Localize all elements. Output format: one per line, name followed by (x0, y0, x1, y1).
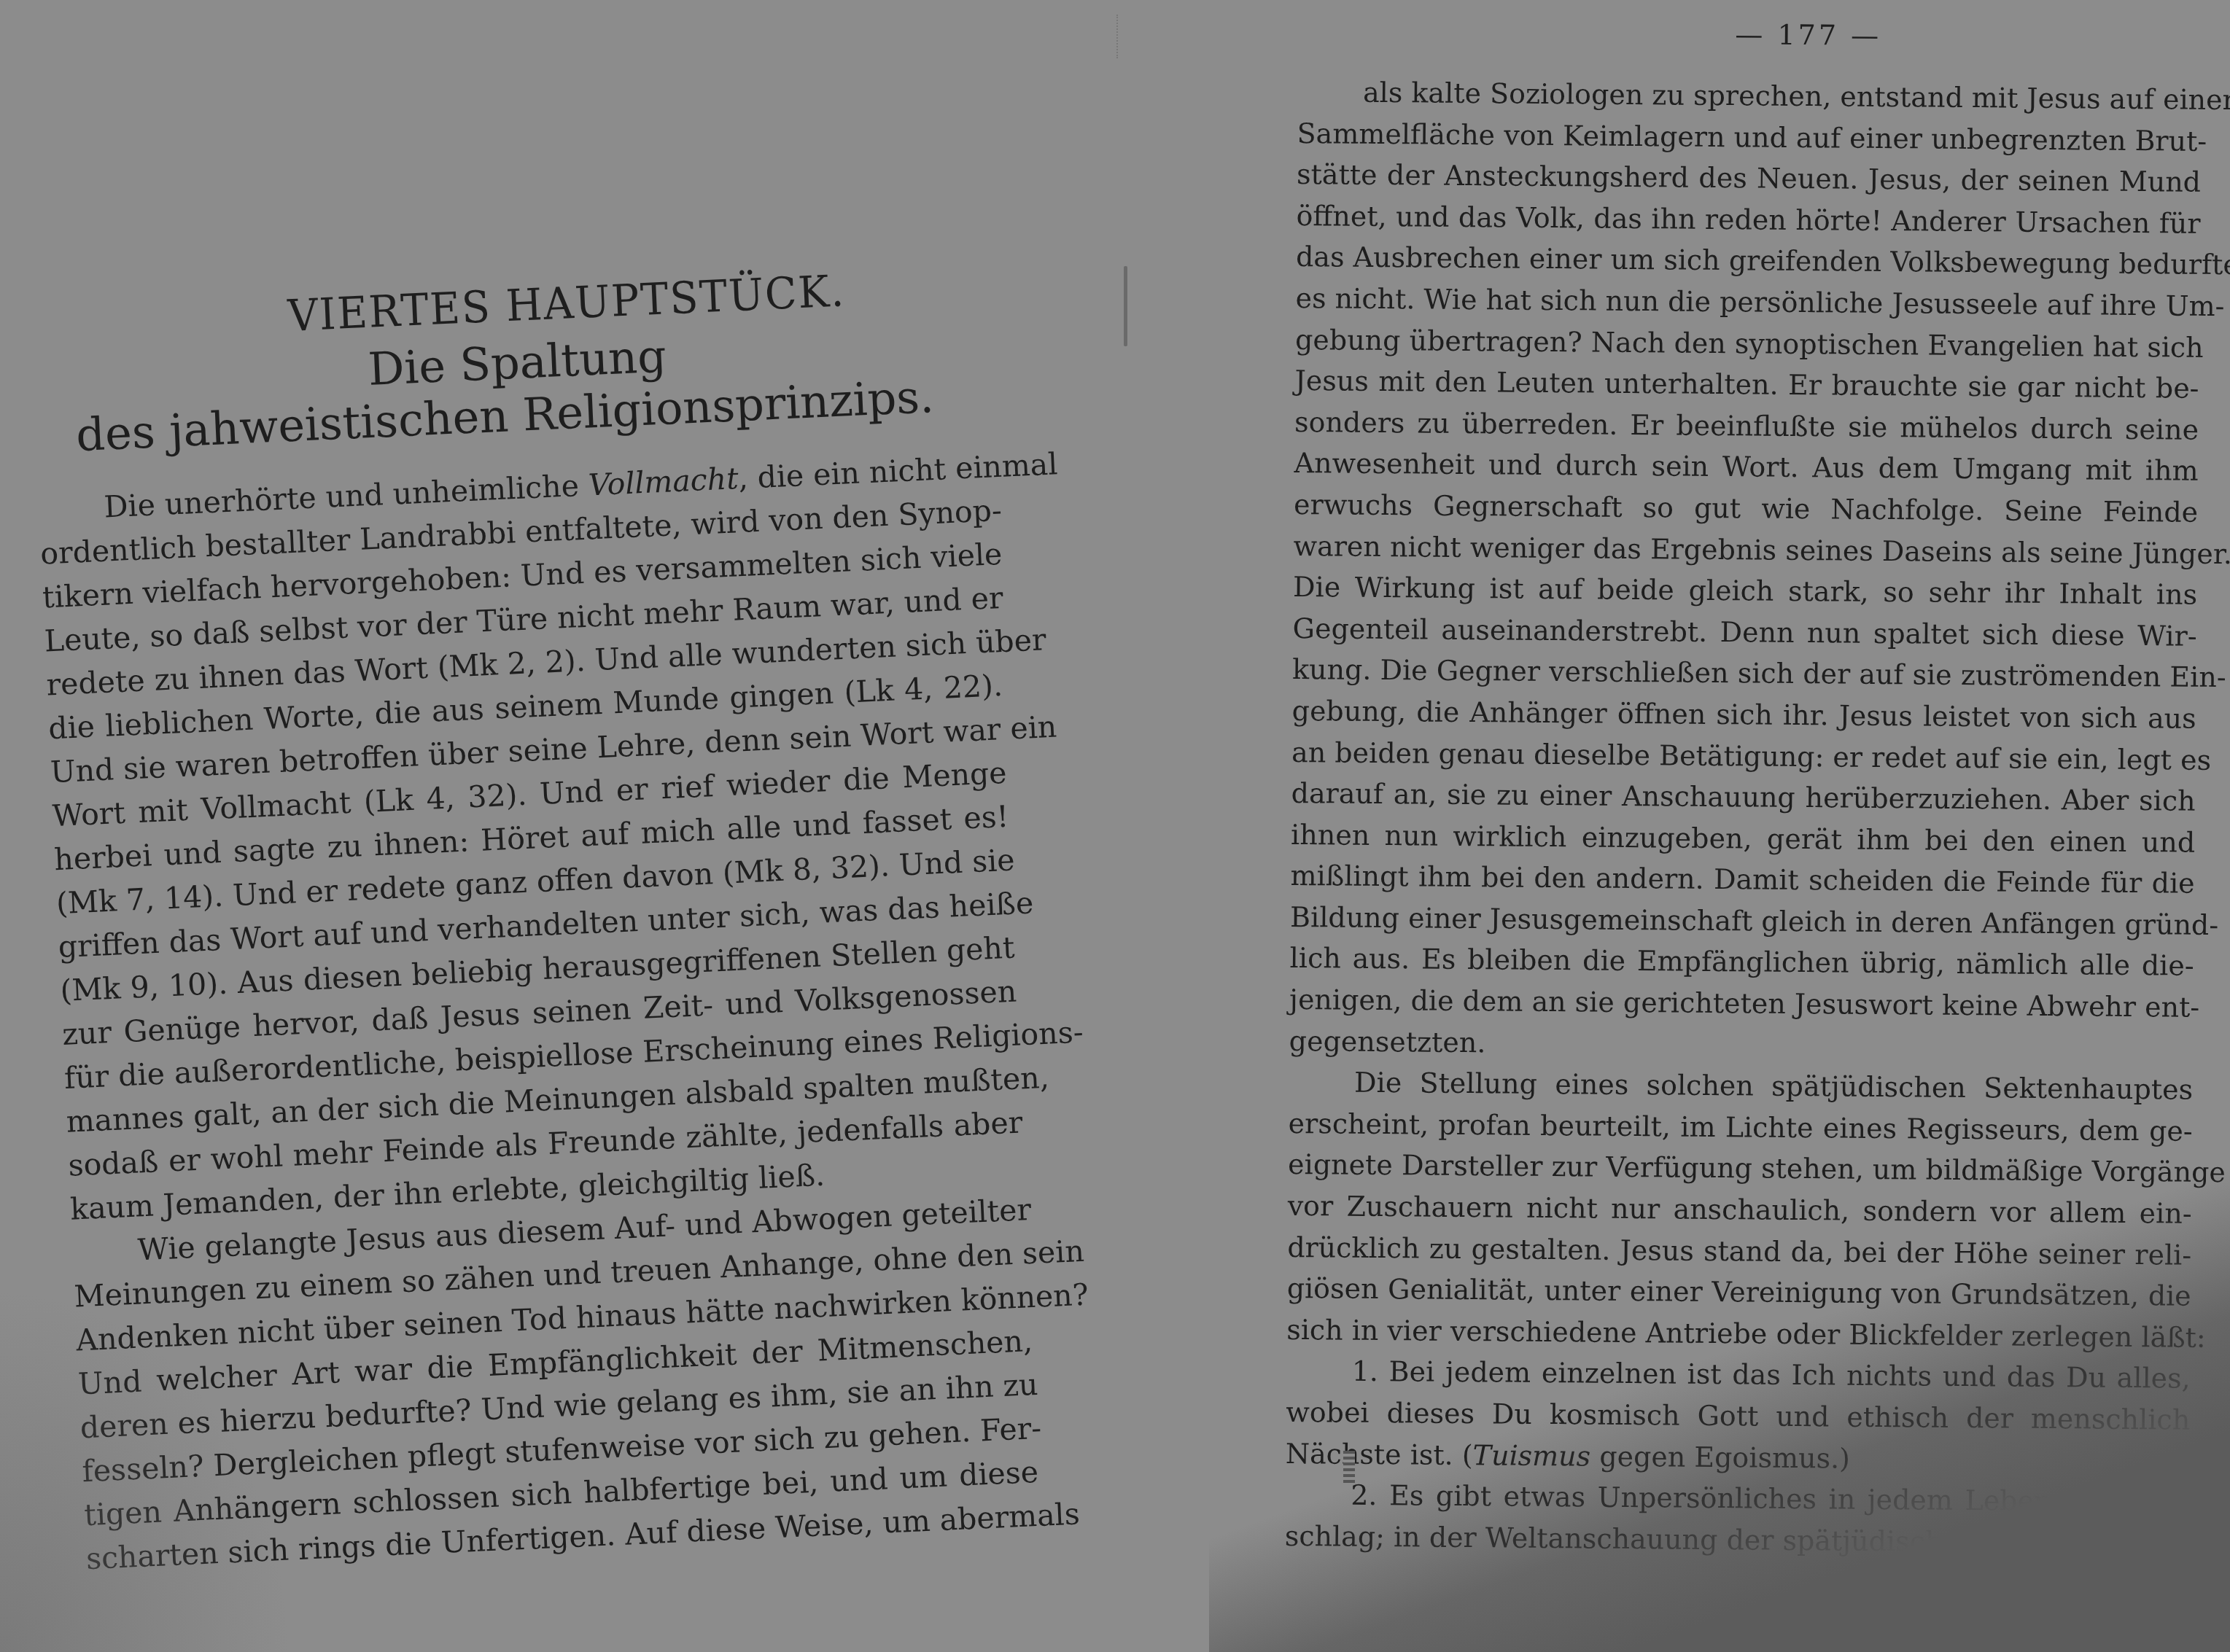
text-line: wobei dieses Du kosmisch Gott und ethisc… (1286, 1392, 2190, 1441)
text-line: Jesus mit den Leuten unterhalten. Er bra… (1294, 360, 2199, 409)
text-line: giösen Genialität, unter einer Vereinigu… (1287, 1268, 2191, 1317)
gutter-artifact (1116, 15, 1120, 58)
margin-artifact (1343, 1451, 1355, 1483)
paragraph: 2. Es gibt etwas Unpersönliches in jedem… (1285, 1474, 2190, 1565)
right-page: — 177 — als kalte Soziologen zu sprechen… (1285, 15, 2202, 1565)
paragraph: Die unerhörte und unheimliche Vollmacht,… (37, 445, 1025, 1231)
emphasis-text: Vollmacht (588, 461, 739, 503)
text-line: stätte der Ansteckungsherd des Neuen. Je… (1297, 154, 2201, 203)
left-body-text: Die unerhörte und unheimliche Vollmacht,… (37, 445, 1041, 1581)
paragraph: als kalte Soziologen zu sprechen, entsta… (1289, 71, 2202, 1069)
scanned-book-spread: VIERTES HAUPTSTÜCK. Die Spaltung des jah… (0, 0, 2230, 1652)
text-line: mißlingt ihm bei den andern. Damit schei… (1290, 855, 2194, 904)
text-line: schlag; in der Weltanschauung der spätjü… (1285, 1516, 2189, 1565)
text-line: vor Zuschauern nicht nur anschaulich, so… (1287, 1185, 2191, 1234)
text-line: es nicht. Wie hat sich nun die persönlic… (1295, 278, 2199, 327)
gutter-shadow (1124, 266, 1127, 346)
text-line: 2. Es gibt etwas Unpersönliches in jedem… (1285, 1474, 2189, 1523)
text-line: Die Wirkung ist auf beide gleich stark, … (1293, 566, 2197, 615)
paragraph: Die Stellung eines solchen spätjüdischen… (1286, 1061, 2193, 1358)
text-line: jenigen, die dem an sie gerichteten Jesu… (1289, 979, 2194, 1028)
text-line: gebung, die Anhänger öffnen sich ihr. Je… (1291, 690, 2196, 739)
page-number: — 177 — (1414, 15, 2202, 66)
paragraph: 1. Bei jedem einzelnen ist das Ich nicht… (1286, 1350, 2191, 1482)
right-body-text: als kalte Soziologen zu sprechen, entsta… (1285, 71, 2202, 1565)
text-line: darauf an, sie zu einer Anschauung herüb… (1291, 773, 2195, 822)
text-line: als kalte Soziologen zu sprechen, entsta… (1297, 71, 2202, 120)
paragraph: Wie gelangte Jesus aus diesem Auf- und A… (71, 1188, 1041, 1581)
left-page: VIERTES HAUPTSTÜCK. Die Spaltung des jah… (29, 262, 1056, 1581)
text-line: erwuchs Gegnerschaft so gut wie Nachfolg… (1294, 484, 2198, 533)
emphasis-text: Tuismus (1472, 1439, 1590, 1472)
text-line: Die Stellung eines solchen spätjüdischen… (1289, 1061, 2193, 1110)
corner-mark: 12 (2129, 1520, 2150, 1538)
